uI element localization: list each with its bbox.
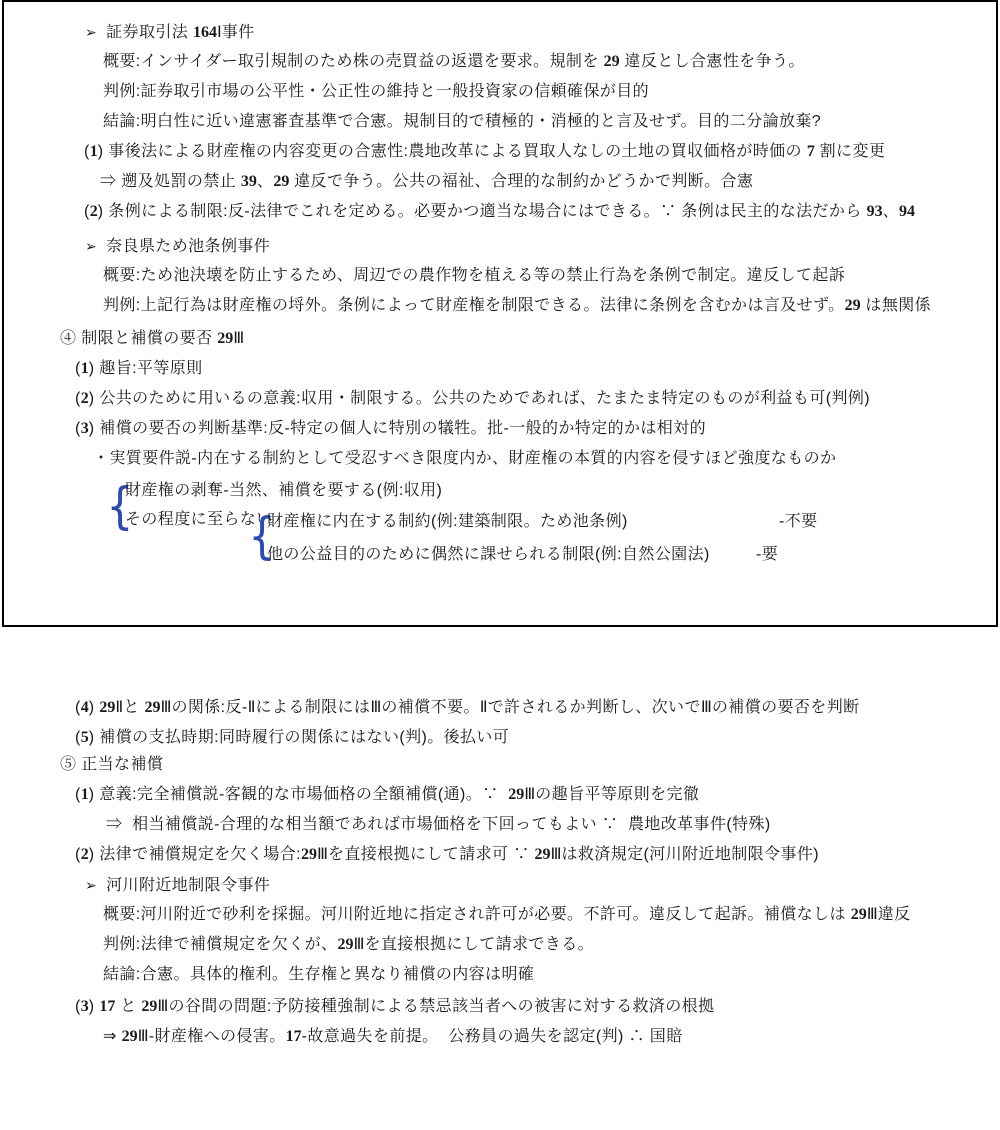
line-branch2-row2-result: -要 [756, 545, 778, 565]
line-sec5-item3-arrow: ⇒ 29Ⅲ-財産権への侵害。17-故意過失を前提。 公務員の過失を認定(判) ∴… [103, 1027, 683, 1047]
line-sec4-item5: (5) 補償の支払時期:同時履行の関係にはない(判)。後払い可 [75, 728, 509, 748]
line-item1-arrow: ⇒ 遡及処罰の禁止 39、29 違反で争う。公共の福祉、合理的な制約かどうかで判… [100, 172, 753, 192]
line-sec5-item1: (1) 意義:完全補償説-客観的な市場価格の全額補償(通)。∵ 29Ⅲの趣旨平等… [75, 785, 699, 805]
line-branch2-row2: 他の公益目的のために偶然に課せられる制限(例:自然公園法) [267, 545, 710, 565]
line-item2: (2) 条例による制限:反-法律でこれを定める。必要かつ適当な場合にはできる。∵… [84, 202, 915, 222]
line-sec4-item2: (2) 公共のために用いるの意義:収用・制限する。公共のためであれば、たまたま特… [75, 389, 870, 409]
arrow-bullet-icon: ➢ [85, 22, 97, 42]
line-case3-ruling: 判例:法律で補償規定を欠くが、29Ⅲを直接根拠にして請求できる。 [103, 935, 594, 955]
arrow-bullet-icon: ➢ [85, 875, 97, 895]
line-sec4-title: ④ 制限と補償の要否 29Ⅲ [60, 329, 244, 349]
line-case3-title: ➢河川附近地制限令事件 [85, 875, 270, 896]
line-sec4-item3: (3) 補償の要否の判断基準:反-特定の個人に特別の犠牲。批-一般的か特定的かは… [75, 419, 706, 439]
line-case1-title: ➢証券取引法 164Ⅰ事件 [85, 22, 255, 43]
legal-notes-page: ➢証券取引法 164Ⅰ事件 概要:インサイダー取引規制のため株の売買益の返還を要… [0, 0, 1000, 1130]
case1-title: 証券取引法 164Ⅰ事件 [106, 24, 254, 41]
line-sec4-item1: (1) 趣旨:平等原則 [75, 359, 203, 379]
line-branch1-row1: 財産権の剥奪-当然、補償を要する(例:収用) [125, 481, 442, 501]
line-case2-ruling: 判例:上記行為は財産権の埒外。条例によって財産権を制限できる。法律に条例を含むか… [103, 296, 931, 316]
line-branch2-row1: 財産権に内在する制約(例:建築制限。ため池条例) [267, 512, 628, 532]
line-sec5-item3: (3) 17 と 29Ⅲの谷間の問題:予防接種強制による禁忌該当者への被害に対す… [75, 997, 714, 1017]
line-sec5-item2: (2) 法律で補償規定を欠く場合:29Ⅲを直接根拠にして請求可 ∵ 29Ⅲは救済… [75, 845, 819, 865]
line-case2-overview: 概要:ため池決壊を防止するため、周辺での農作物を植える等の禁止行為を条例で制定。… [103, 266, 845, 286]
line-item1: (1) 事後法による財産権の内容変更の合憲性:農地改革による買取人なしの土地の買… [84, 142, 885, 162]
line-case3-conclusion: 結論:合憲。具体的権利。生存権と異なり補償の内容は明確 [103, 965, 534, 985]
line-branch2-row1-result: -不要 [779, 512, 818, 532]
line-sec4-item4: (4) 29Ⅱと 29Ⅲの関係:反-Ⅱによる制限にはⅢの補償不要。Ⅱで許されるか… [75, 698, 860, 718]
line-case1-ruling: 判例:証券取引市場の公平性・公正性の維持と一般投資家の信頼確保が目的 [103, 82, 649, 102]
line-case1-overview: 概要:インサイダー取引規制のため株の売買益の返還を要求。規制を 29 違反とし合… [103, 52, 805, 72]
line-sec5-item1-arrow: ⇒ 相当補償説-合理的な相当額であれば市場価格を下回ってもよい ∵ 農地改革事件… [106, 815, 771, 835]
line-sec5-title: ⑤ 正当な補償 [60, 755, 163, 775]
case2-title: 奈良県ため池条例事件 [106, 238, 270, 255]
line-case1-conclusion: 結論:明白性に近い違憲審査基準で合憲。規制目的で積極的・消極的と言及せず。目的二… [103, 112, 821, 132]
arrow-bullet-icon: ➢ [85, 236, 97, 256]
line-case3-overview: 概要:河川附近で砂利を採掘。河川附近地に指定され許可が必要。不許可。違反して起訴… [103, 905, 911, 925]
line-case2-title: ➢奈良県ため池条例事件 [85, 236, 270, 257]
case3-title: 河川附近地制限令事件 [106, 877, 270, 894]
line-sec4-item3-note: ・実質要件説-内在する制約として受忍すべき限度内か、財産権の本質的内容を侵すほど… [93, 449, 836, 469]
